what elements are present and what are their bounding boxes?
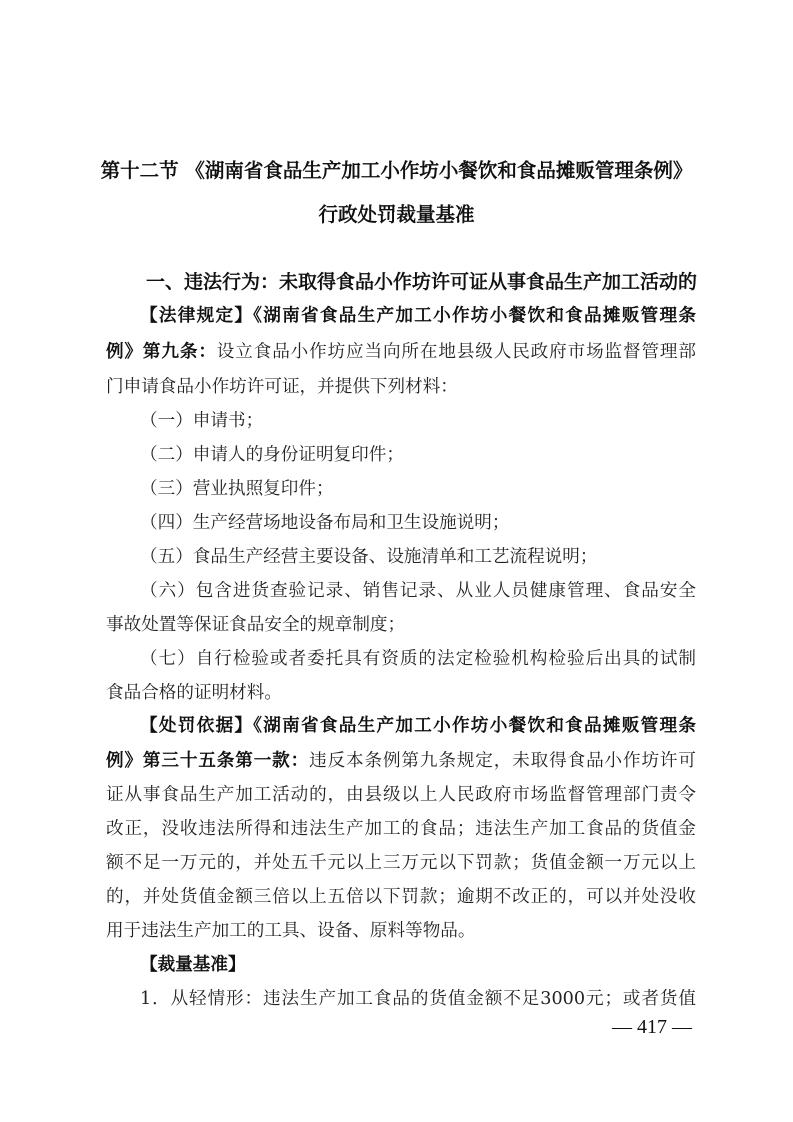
document-page: 第十二节 《湖南省食品生产加工小作坊小餐饮和食品摊贩管理条例》 行政处罚裁量基准… <box>0 0 793 1122</box>
penalty-basis-line: 额不足一万元的，并处五千元以上三万元以下罚款；货值金额一万元以上 <box>106 849 696 874</box>
penalty-basis-label: 【处罚依据】 <box>140 716 253 736</box>
penalty-basis-lead-2: 例》第三十五条第一款： <box>106 751 309 771</box>
penalty-basis-line: 用于违法生产加工的工具、设备、原料等物品。 <box>106 917 475 942</box>
legal-provision-lead-2: 例》第九条： <box>106 342 217 362</box>
discretion-standard-label: 【裁量基准】 <box>140 951 246 976</box>
penalty-basis-text-first: 违反本条例第九条规定，未取得食品小作坊许可 <box>309 751 696 771</box>
list-item: 事故处置等保证食品安全的规章制度； <box>106 611 405 636</box>
list-item: （六）包含进货查验记录、销售记录、从业人员健康管理、食品安全 <box>140 577 696 602</box>
section-title-line-2: 行政处罚裁量基准 <box>0 199 793 227</box>
legal-provision-line-1: 【法律规定】《湖南省食品生产加工小作坊小餐饮和食品摊贩管理条 <box>140 302 696 327</box>
violation-heading: 一、违法行为：未取得食品小作坊许可证从事食品生产加工活动的 <box>146 267 697 294</box>
legal-provision-line-3: 门申请食品小作坊许可证，并提供下列材料： <box>106 373 458 398</box>
list-item: 食品合格的证明材料。 <box>106 679 282 704</box>
penalty-basis-line-1: 【处罚依据】《湖南省食品生产加工小作坊小餐饮和食品摊贩管理条 <box>140 712 696 737</box>
penalty-basis-lead-1: 《湖南省食品生产加工小作坊小餐饮和食品摊贩管理条 <box>253 716 696 736</box>
list-item: （七）自行检验或者委托具有资质的法定检验机构检验后出具的试制 <box>140 645 696 670</box>
list-item: （五）食品生产经营主要设备、设施清单和工艺流程说明； <box>140 543 597 568</box>
penalty-basis-line: 改正，没收违法所得和违法生产加工的食品；违法生产加工食品的货值金 <box>106 815 696 840</box>
list-item: （三）营业执照复印件； <box>140 475 334 500</box>
legal-provision-lead-1: 《湖南省食品生产加工小作坊小餐饮和食品摊贩管理条 <box>253 306 696 326</box>
list-item: （四）生产经营场地设备布局和卫生设施说明； <box>140 509 509 534</box>
legal-provision-label: 【法律规定】 <box>140 306 253 326</box>
penalty-basis-line-2: 例》第三十五条第一款：违反本条例第九条规定，未取得食品小作坊许可 <box>106 747 696 772</box>
penalty-basis-line: 的，并处货值金额三倍以上五倍以下罚款；逾期不改正的，可以并处没收 <box>106 883 696 908</box>
legal-provision-line-2: 例》第九条：设立食品小作坊应当向所在地县级人民政府市场监督管理部 <box>106 338 696 363</box>
page-number: — 417 — <box>612 1016 692 1039</box>
legal-provision-text-1: 设立食品小作坊应当向所在地县级人民政府市场监督管理部 <box>217 342 696 362</box>
penalty-basis-line: 证从事食品生产加工活动的，由县级以上人民政府市场监督管理部门责令 <box>106 781 696 806</box>
section-title-line-1: 第十二节 《湖南省食品生产加工小作坊小餐饮和食品摊贩管理条例》 <box>0 155 793 183</box>
discretion-item-1: 1．从轻情形：违法生产加工食品的货值金额不足3000元；或者货值 <box>140 985 696 1010</box>
list-item: （二）申请人的身份证明复印件； <box>140 441 404 466</box>
list-item: （一）申请书； <box>140 407 263 432</box>
